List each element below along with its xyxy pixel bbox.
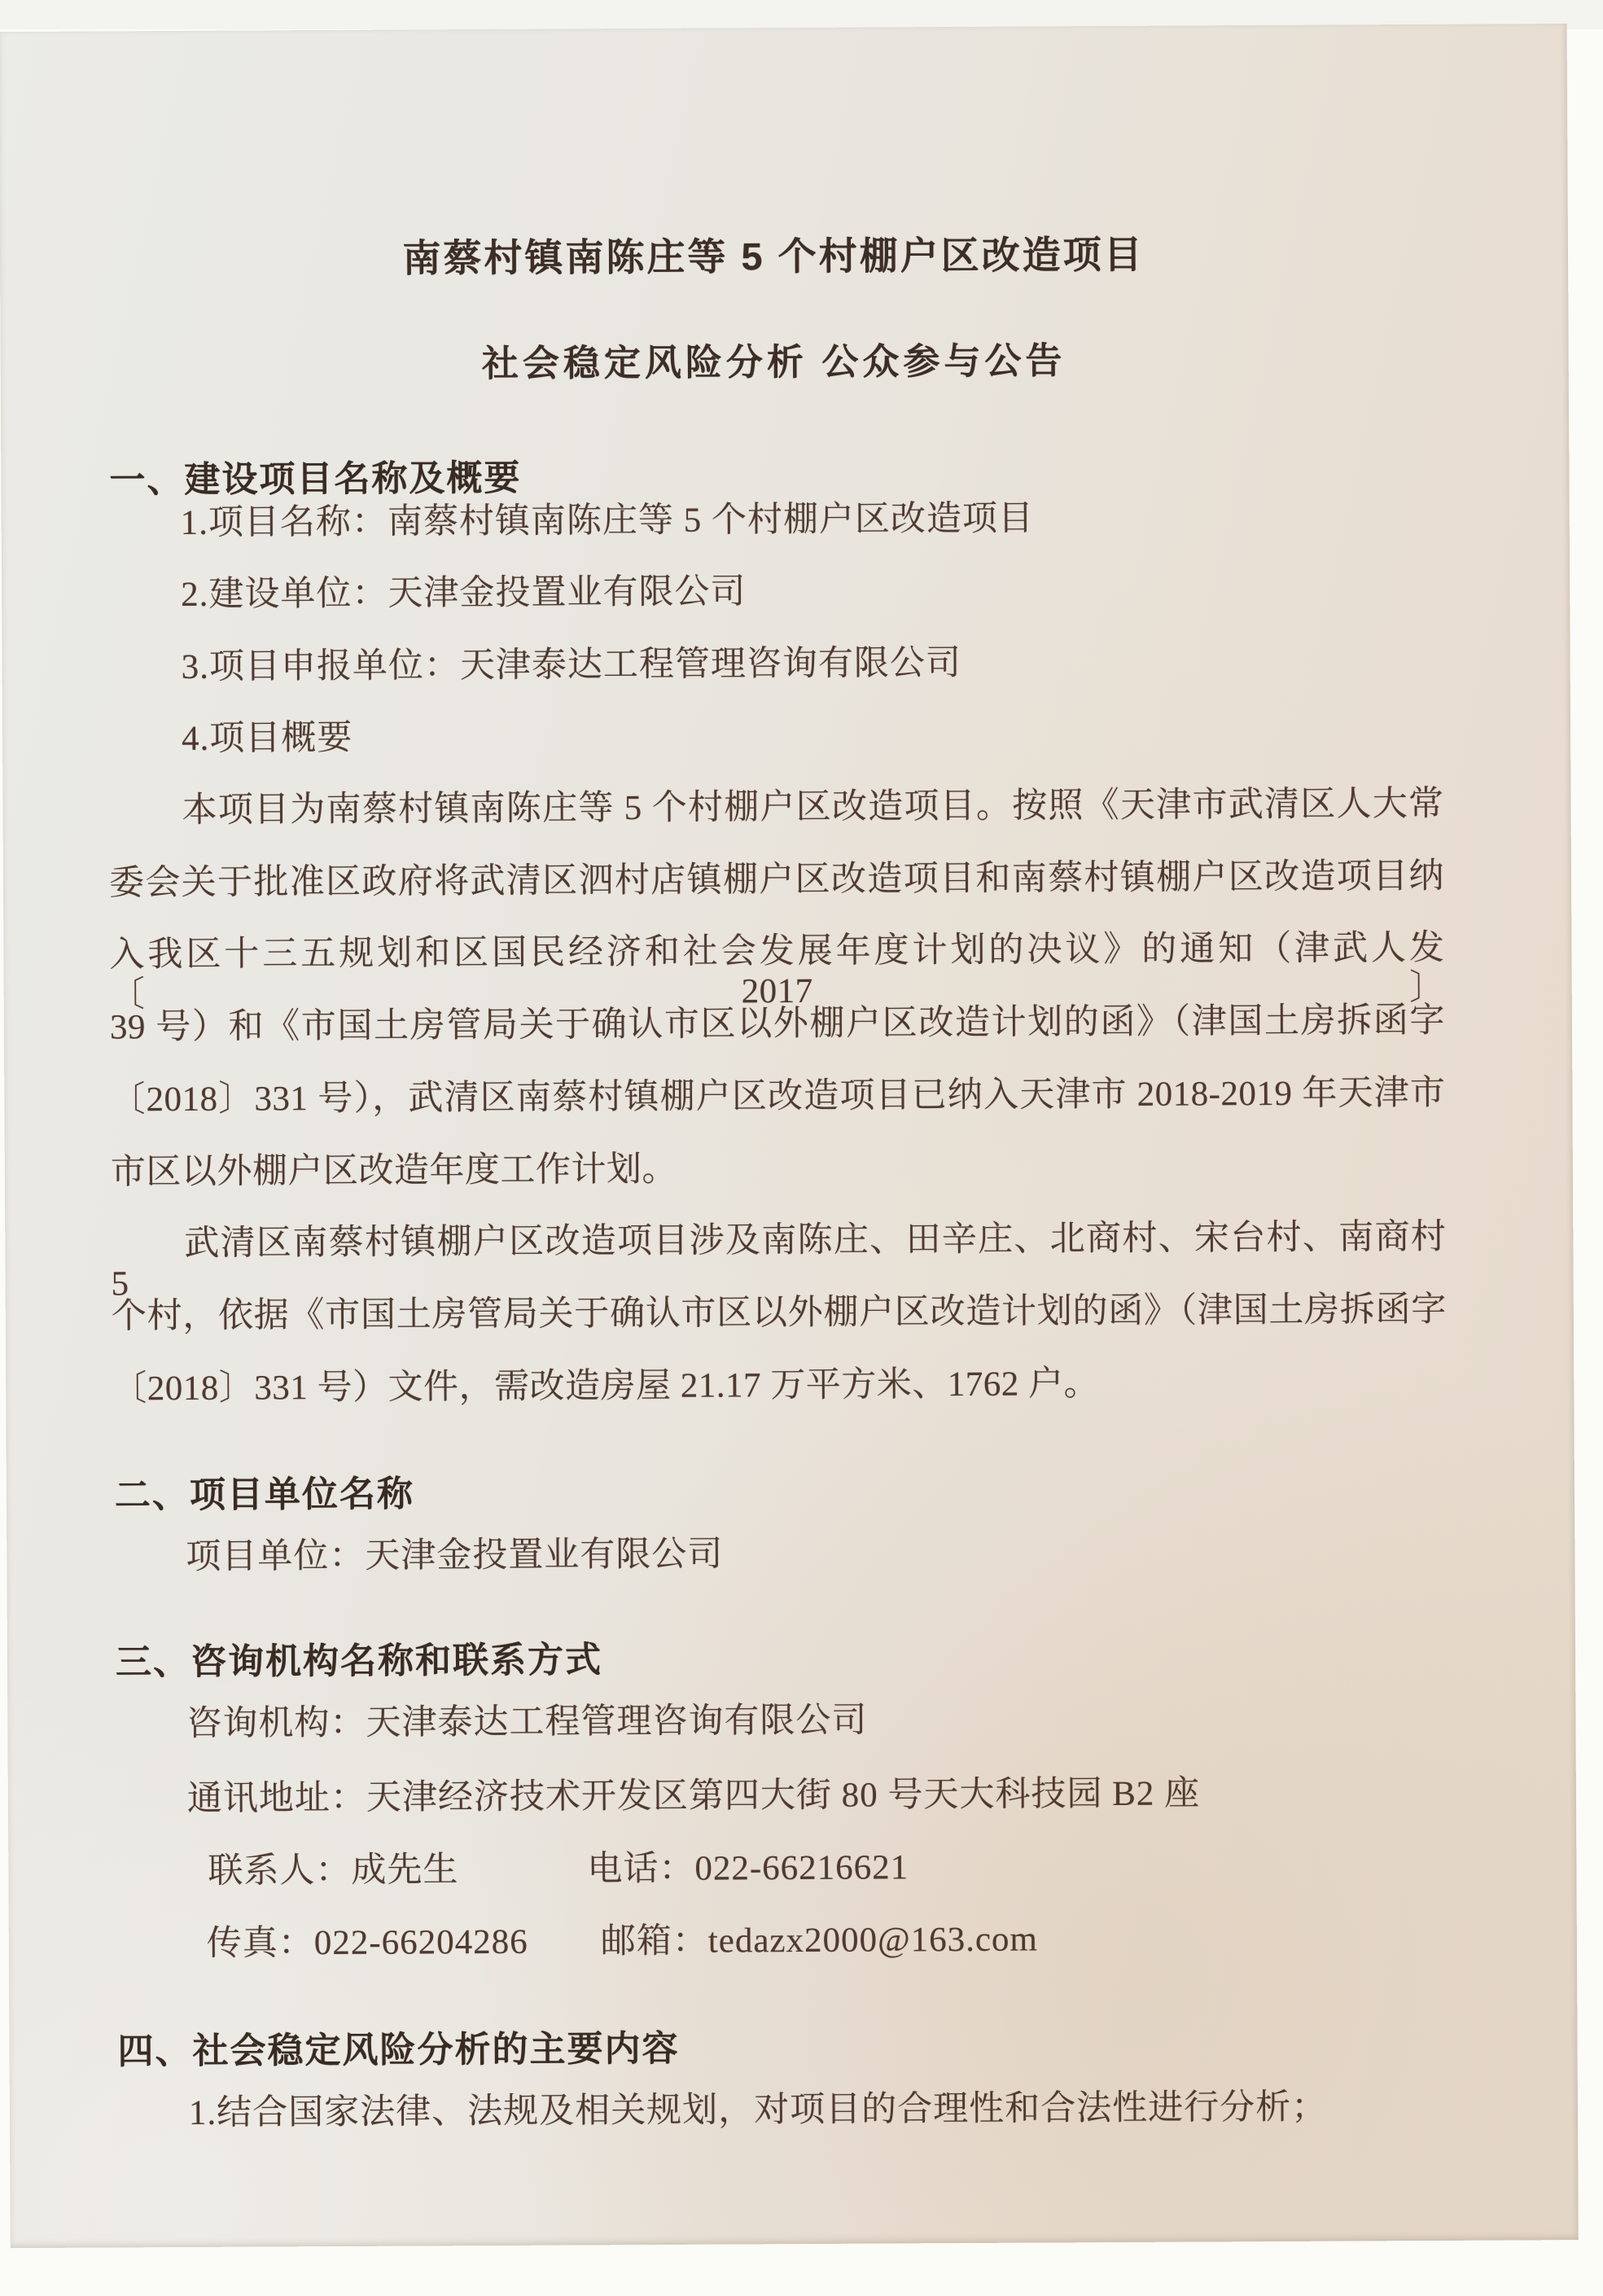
document-content: 南蔡村镇南陈庄等 5 个村棚户区改造项目 社会稳定风险分析 公众参与公告 一、建… [0, 0, 1603, 2296]
contact-email: 邮箱：tedazx2000@163.com [601, 1919, 1038, 1961]
paragraph1-line2: 委会关于批准区政府将武清区泗村店镇棚户区改造项目和南蔡村镇棚户区改造项目纳 [109, 857, 1444, 904]
paragraph2-line3: 〔2018〕331 号）文件，需改造房屋 21.17 万平方米、1762 户。 [112, 1362, 1447, 1409]
section-1-heading: 一、建设项目名称及概要 [109, 449, 521, 503]
analysis-item-1: 1.结合国家法律、法规及相关规划，对项目的合理性和合法性进行分析； [189, 2088, 1327, 2134]
paragraph2-line2: 个村，依据《市国土房管局关于确认市区以外棚户区改造计划的函》（津国土房拆函字 [112, 1290, 1447, 1337]
paragraph1-line4: 39 号）和《市国土房管局关于确认市区以外棚户区改造计划的函》（津国土房拆函字 [110, 1001, 1445, 1048]
construction-unit-item: 2.建设单位：天津金投置业有限公司 [181, 572, 746, 615]
contact-phone: 电话：022-66216621 [587, 1847, 909, 1890]
consulting-agency-line: 咨询机构：天津泰达工程管理咨询有限公司 [186, 1701, 867, 1745]
paragraph1-line6: 市区以外棚户区改造年度工作计划。 [111, 1146, 1446, 1193]
document-title-line1: 南蔡村镇南陈庄等 5 个村棚户区改造项目 [106, 223, 1441, 285]
section-4-heading: 四、社会稳定风险分析的主要内容 [117, 2019, 679, 2075]
contact-fax: 传真：022-66204286 [207, 1922, 528, 1965]
document-title-line2: 社会稳定风险分析 公众参与公告 [107, 329, 1442, 389]
project-unit-line: 项目单位：天津金投置业有限公司 [186, 1535, 723, 1578]
mailing-address-line: 通讯地址：天津经济技术开发区第四大街 80 号天大科技园 B2 座 [187, 1773, 1200, 1819]
section-3-heading: 三、咨询机构名称和联系方式 [116, 1630, 602, 1685]
declaring-unit-item: 3.项目申报单位：天津泰达工程管理咨询有限公司 [182, 643, 961, 687]
project-name-item: 1.项目名称：南蔡村镇南陈庄等 5 个村棚户区改造项目 [181, 498, 1034, 543]
paragraph1-line1: 本项目为南蔡村镇南陈庄等 5 个村棚户区改造项目。按照《天津市武清区人大常 [108, 784, 1443, 831]
project-summary-item: 4.项目概要 [182, 718, 353, 760]
contact-person: 联系人：成先生 [208, 1850, 458, 1891]
scanned-document-page: 南蔡村镇南陈庄等 5 个村棚户区改造项目 社会稳定风险分析 公众参与公告 一、建… [0, 0, 1603, 2296]
paragraph1-line5: 〔2018〕331 号），武清区南蔡村镇棚户区改造项目已纳入天津市 2018-2… [110, 1073, 1445, 1120]
section-2-heading: 二、项目单位名称 [115, 1464, 414, 1518]
